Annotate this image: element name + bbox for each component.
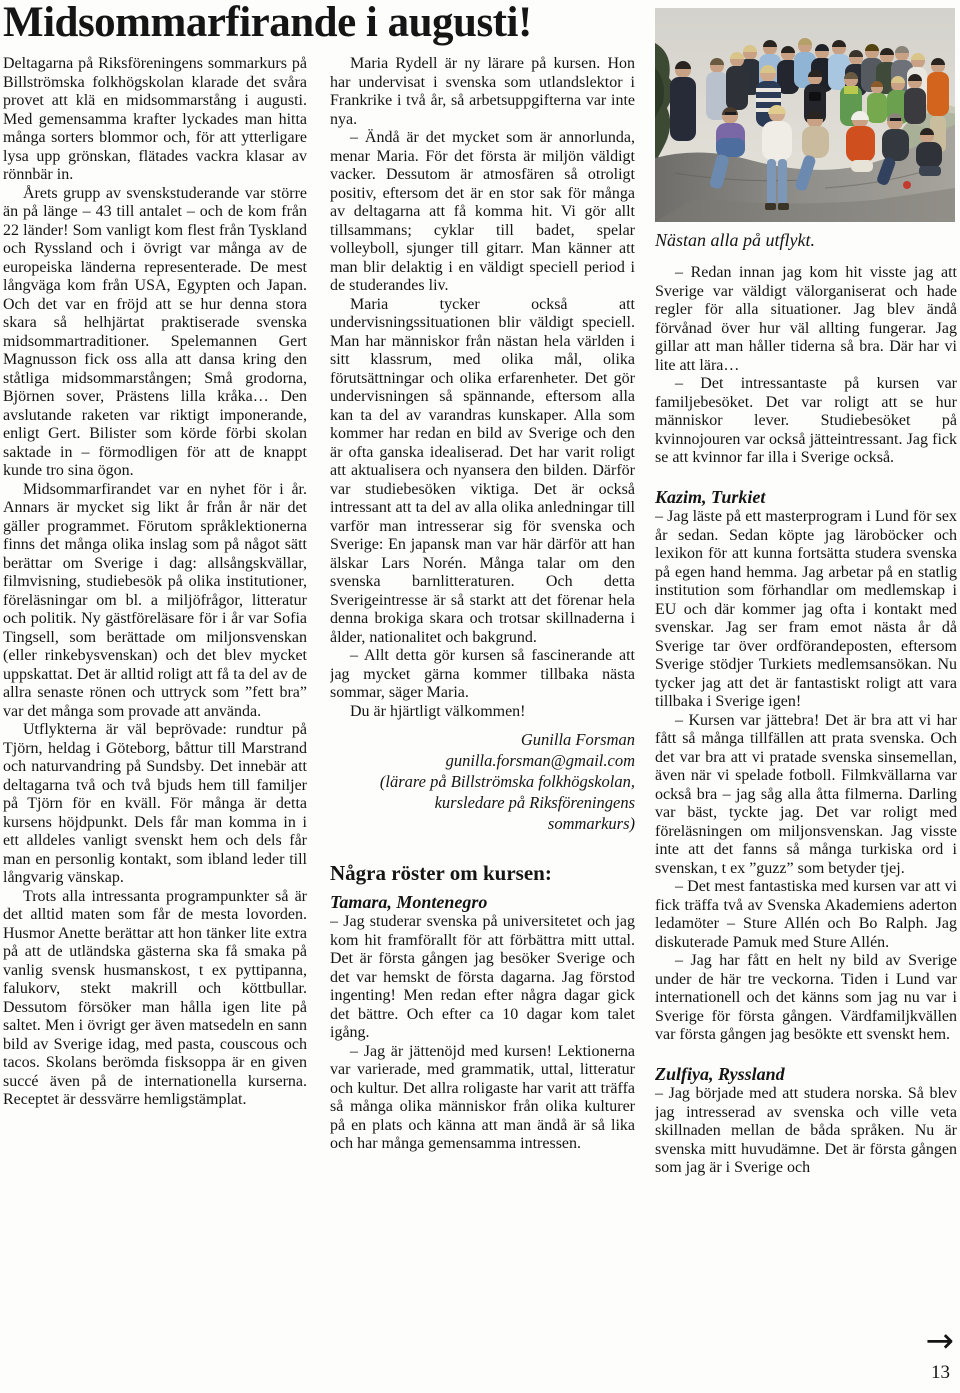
continuation-arrow-icon: → xyxy=(926,1324,955,1358)
paragraph: Maria Rydell är ny lärare på kursen. Hon… xyxy=(330,55,635,129)
voices-heading: Några röster om kursen: xyxy=(330,864,635,883)
photo-caption: Nästan alla på utflykt. xyxy=(655,222,957,264)
person-name-tamara: Tamara, Montenegro xyxy=(330,893,635,912)
column-3: Nästan alla på utflykt. – Redan innan ja… xyxy=(655,0,957,1390)
paragraph: – Ändå är det mycket som är annorlunda, … xyxy=(330,129,635,296)
paragraph: – Jag studerar svenska på universitetet … xyxy=(330,913,635,1043)
author-role: sommarkurs) xyxy=(330,813,635,834)
paragraph: – Jag läste på ett masterprogram i Lund … xyxy=(655,508,957,712)
paragraph: Utflykterna är väl beprövade: rundtur på… xyxy=(3,721,307,888)
column-2: Maria Rydell är ny lärare på kursen. Hon… xyxy=(330,55,635,1387)
column-1: Deltagarna på Riksföreningens sommarkurs… xyxy=(3,55,307,1387)
author-signature: Gunilla Forsman gunilla.forsman@gmail.co… xyxy=(330,729,635,834)
paragraph: – Jag har fått en helt ny bild av Sverig… xyxy=(655,952,957,1045)
paragraph: Maria tycker också att undervisningssitu… xyxy=(330,296,635,648)
paragraph: – Jag började med att studera norska. Så… xyxy=(655,1085,957,1178)
paragraph: – Allt detta gör kursen så fascinerande … xyxy=(330,647,635,703)
article-title: Midsommarfirande i augusti! xyxy=(3,0,532,47)
group-photo: Nästan alla på utflykt. xyxy=(655,8,957,264)
magazine-page: Midsommarfirande i augusti! Deltagarna p… xyxy=(0,0,960,1393)
paragraph: Årets grupp av svenskstuderande var stör… xyxy=(3,185,307,481)
group-photo-image xyxy=(655,8,955,222)
paragraph: – Det intressantaste på kursen var famil… xyxy=(655,375,957,468)
paragraph: – Jag är jättenöjd med kursen! Lektioner… xyxy=(330,1043,635,1154)
author-role: kursledare på Riksföreningens xyxy=(330,792,635,813)
paragraph: Midsommarfirandet var en nyhet för i år.… xyxy=(3,481,307,722)
author-email: gunilla.forsman@gmail.com xyxy=(330,750,635,771)
paragraph: – Det mest fantastiska med kursen var at… xyxy=(655,878,957,952)
paragraph: Deltagarna på Riksföreningens sommarkurs… xyxy=(3,55,307,185)
person-name-zulfiya: Zulfiya, Ryssland xyxy=(655,1065,957,1084)
paragraph: Trots alla intressanta programpunkter så… xyxy=(3,888,307,1110)
paragraph: – Kursen var jättebra! Det är bra att vi… xyxy=(655,712,957,879)
author-role: (lärare på Billströmska folkhögskolan, xyxy=(330,771,635,792)
page-number: 13 xyxy=(931,1362,950,1384)
paragraph: Du är hjärtligt välkommen! xyxy=(330,703,635,722)
person-name-kazim: Kazim, Turkiet xyxy=(655,488,957,507)
paragraph: – Redan innan jag kom hit visste jag att… xyxy=(655,264,957,375)
author-name: Gunilla Forsman xyxy=(330,729,635,750)
